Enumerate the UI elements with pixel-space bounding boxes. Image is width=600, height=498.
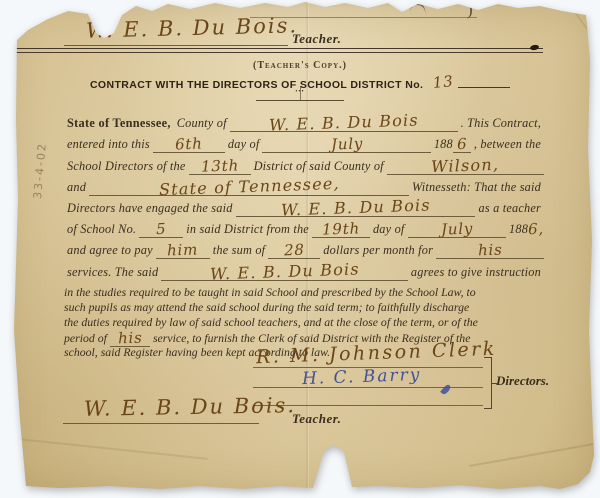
printed-text: and agree to pay bbox=[64, 243, 156, 258]
top-signature-underline bbox=[64, 45, 288, 46]
double-rule bbox=[15, 48, 543, 53]
contract-paper: 33-4-02 ) W. E. B. Du Bois. Teacher. (Te… bbox=[0, 0, 600, 498]
diagonal-crease-bottom-right bbox=[469, 439, 600, 467]
top-teacher-signature: W. E. B. Du Bois. bbox=[86, 15, 298, 42]
state-blank: State of Tennessee, bbox=[89, 178, 409, 196]
body-line-5: Directors have engaged the said W. E. B.… bbox=[64, 199, 544, 217]
handwritten-county-name: Wilson, bbox=[431, 157, 500, 175]
start-month-blank: July bbox=[408, 221, 506, 238]
body-line-3: School Directors of the 13th District of… bbox=[64, 157, 544, 175]
printed-text: day of bbox=[370, 222, 408, 237]
start-day-blank: 19th bbox=[312, 221, 370, 238]
his-blank: his bbox=[436, 242, 544, 259]
blue-ink-blot bbox=[440, 383, 452, 395]
printed-text: Witnesseth: That the said bbox=[409, 180, 544, 195]
printed-text: the sum of bbox=[210, 243, 269, 258]
printed-text: dollars per month for bbox=[320, 243, 436, 258]
handwritten-county: W. E. B. Du Bois bbox=[269, 112, 419, 133]
handwritten-his: his bbox=[478, 243, 503, 259]
handwritten-day: 6th bbox=[175, 137, 203, 153]
printed-text: 188 bbox=[431, 137, 453, 152]
body-line-7: and agree to pay him the sum of 28 dolla… bbox=[64, 242, 544, 259]
handwritten-year: 6 bbox=[456, 137, 467, 152]
printed-text: in said District from the bbox=[183, 222, 312, 237]
handwritten-teacher-name-2: W. E. B. Du Bois bbox=[210, 261, 360, 282]
county-name-blank: Wilson, bbox=[387, 157, 544, 175]
top-teacher-label: Teacher. bbox=[292, 31, 341, 47]
torn-top-brace-remnant: ) bbox=[467, 0, 473, 20]
printed-text: County of bbox=[174, 116, 230, 131]
printed-text: of School No. bbox=[64, 222, 139, 237]
printed-text: Directors have engaged the said bbox=[64, 201, 236, 216]
handwritten-state: State of Tennessee, bbox=[158, 176, 339, 198]
divider-ornament bbox=[256, 90, 344, 101]
amount-blank: 28 bbox=[268, 242, 320, 259]
body-line-4: and State of Tennessee, Witnesseth: That… bbox=[64, 178, 544, 196]
printed-text: period of bbox=[64, 331, 110, 346]
handwritten-amount: 28 bbox=[284, 243, 305, 259]
handwritten-start-day: 19th bbox=[322, 221, 360, 237]
month-blank: July bbox=[262, 136, 430, 153]
printed-text: as a teacher bbox=[475, 201, 544, 216]
body-line-8: services. The said W. E. B. Du Bois agre… bbox=[64, 263, 544, 281]
paper-shadow-wrap: 33-4-02 ) W. E. B. Du Bois. Teacher. (Te… bbox=[0, 0, 600, 498]
body-line-2: entered into this 6th day of July 188 6 … bbox=[64, 136, 544, 153]
county-blank: W. E. B. Du Bois bbox=[230, 114, 458, 132]
diagonal-crease-top-right bbox=[556, 0, 600, 52]
handwritten-start-year: 6, bbox=[528, 222, 544, 238]
body-line-9: in the studies required to be taught in … bbox=[64, 285, 544, 300]
year-blank: 6 bbox=[453, 136, 471, 153]
body-line-10: such pupils as may attend the said schoo… bbox=[64, 300, 544, 315]
printed-text: entered into this bbox=[64, 137, 153, 152]
handwritten-district: 13th bbox=[200, 158, 238, 174]
teachers-copy-label: (Teacher's Copy.) bbox=[0, 60, 600, 71]
bottom-teacher-label: Teacher. bbox=[292, 411, 341, 427]
printed-text: services. The said bbox=[64, 265, 161, 280]
handwritten-school-no: 5 bbox=[156, 222, 167, 237]
printed-text: agrees to give instruction bbox=[408, 265, 544, 280]
body-line-11: the duties required by law of said schoo… bbox=[64, 315, 544, 330]
handwritten-teacher-name: W. E. B. Du Bois bbox=[280, 197, 430, 218]
body-line-1: State of Tennessee, County of W. E. B. D… bbox=[64, 114, 544, 132]
him-blank: him bbox=[156, 242, 210, 259]
district-number-underline bbox=[458, 76, 510, 88]
bottom-teacher-signature: W. E. B. Du Bois. bbox=[84, 395, 296, 420]
diagonal-crease-bottom-left bbox=[18, 438, 207, 460]
bottom-signature-underline bbox=[63, 423, 259, 424]
printed-text: District of said County of bbox=[251, 159, 387, 174]
district-blank: 13th bbox=[189, 158, 251, 175]
day-blank: 6th bbox=[153, 136, 225, 153]
printed-text: day of bbox=[225, 137, 263, 152]
scanned-contract-screenshot: 33-4-02 ) W. E. B. Du Bois. Teacher. (Te… bbox=[0, 0, 600, 498]
printed-text: and bbox=[64, 180, 89, 195]
printed-text: School Directors of the bbox=[64, 159, 189, 174]
handwritten-him: him bbox=[167, 242, 199, 258]
teacher-name-blank-2: W. E. B. Du Bois bbox=[161, 263, 408, 281]
printed-text: 188 bbox=[506, 222, 528, 237]
printed-text: , between the bbox=[471, 137, 544, 152]
district-number-handwritten: 13 bbox=[433, 74, 455, 91]
director-signature: H. C. Barry bbox=[302, 367, 422, 388]
handwritten-month: July bbox=[330, 136, 363, 152]
torn-top-curve-remnant bbox=[409, 2, 426, 15]
handwritten-start-month: July bbox=[441, 221, 474, 237]
pencil-archive-mark: 33-4-02 bbox=[29, 118, 51, 223]
body-line-6: of School No. 5 in said District from th… bbox=[64, 221, 544, 238]
teacher-name-blank: W. E. B. Du Bois bbox=[236, 199, 476, 217]
printed-text: . This Contract, bbox=[458, 116, 544, 131]
directors-brace bbox=[484, 357, 492, 409]
school-no-blank: 5 bbox=[139, 221, 183, 238]
printed-text: State of Tennessee, bbox=[64, 116, 174, 131]
directors-label: Directors. bbox=[496, 373, 549, 389]
